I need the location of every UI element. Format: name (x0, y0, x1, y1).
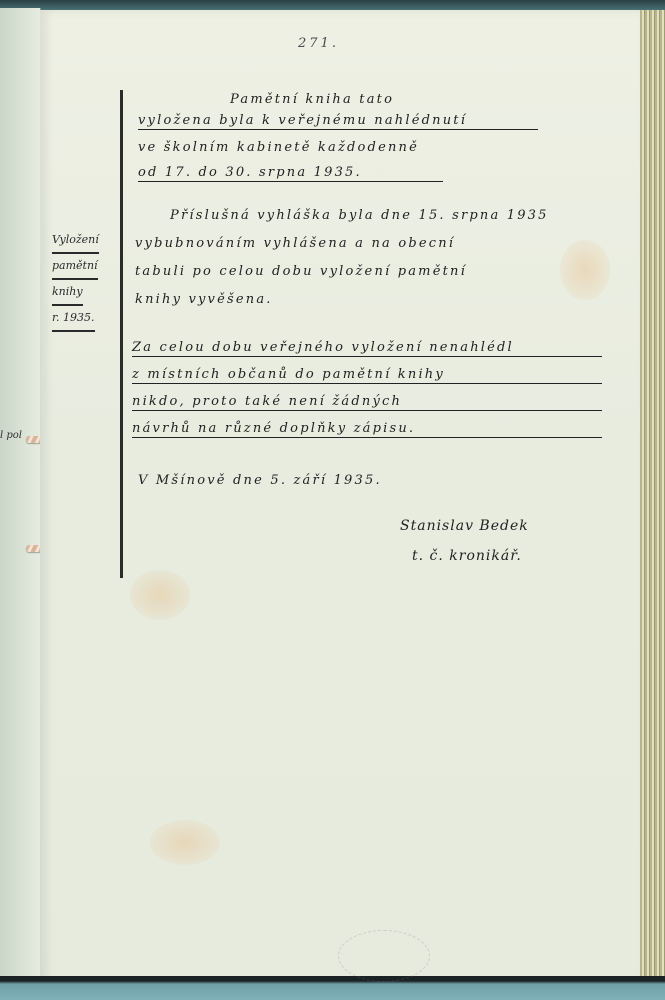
paragraph-2-line: návrhů na různé doplňky zápisu. (132, 421, 602, 438)
margin-note: Vyložení pamětní knihy r. 1935. (52, 228, 118, 332)
book-bottom-edge (0, 976, 665, 1000)
paper-stain (130, 570, 190, 620)
margin-note-line: knihy (52, 280, 83, 306)
paragraph-2-line: Za celou dobu veřejného vyložení nenahlé… (132, 340, 602, 357)
margin-note-line: r. 1935. (52, 306, 95, 332)
paragraph-1-line: tabuli po celou dobu vyložení pamětní (135, 264, 467, 279)
heading-line: ve školním kabinetě každodenně (138, 140, 419, 155)
margin-note-line: pamětní (52, 254, 98, 280)
page-number: 271. (298, 36, 339, 51)
heading-line: Pamětní kniha tato (230, 92, 394, 107)
heading-line: vyložena byla k veřejnému nahlédnutí (138, 113, 538, 130)
paper-stain (560, 240, 610, 300)
paragraph-1-line: knihy vyvěšena. (135, 292, 273, 307)
paragraph-2-line: nikdo, proto také není žádných (132, 394, 602, 411)
faint-stamp (338, 930, 430, 982)
paragraph-2-line: z místních občanů do pamětní knihy (132, 367, 602, 384)
paragraph-1-line: vybubnováním vyhlášena a na obecní (135, 236, 455, 251)
heading-line: od 17. do 30. srpna 1935. (138, 165, 443, 182)
page-stack-edges (640, 10, 665, 985)
margin-note-line: Vyložení (52, 228, 99, 254)
left-page-fragment: l pol (0, 430, 22, 441)
signature-name: Stanislav Bedek (400, 518, 529, 534)
document-page (40, 10, 640, 985)
place-date: V Mšínově dne 5. září 1935. (138, 473, 382, 488)
left-page-edge (0, 8, 41, 983)
signature-title: t. č. kronikář. (412, 548, 522, 564)
paragraph-1-line: Příslušná vyhláška byla dne 15. srpna 19… (170, 208, 549, 223)
paper-stain (150, 820, 220, 865)
margin-rule (120, 90, 123, 578)
